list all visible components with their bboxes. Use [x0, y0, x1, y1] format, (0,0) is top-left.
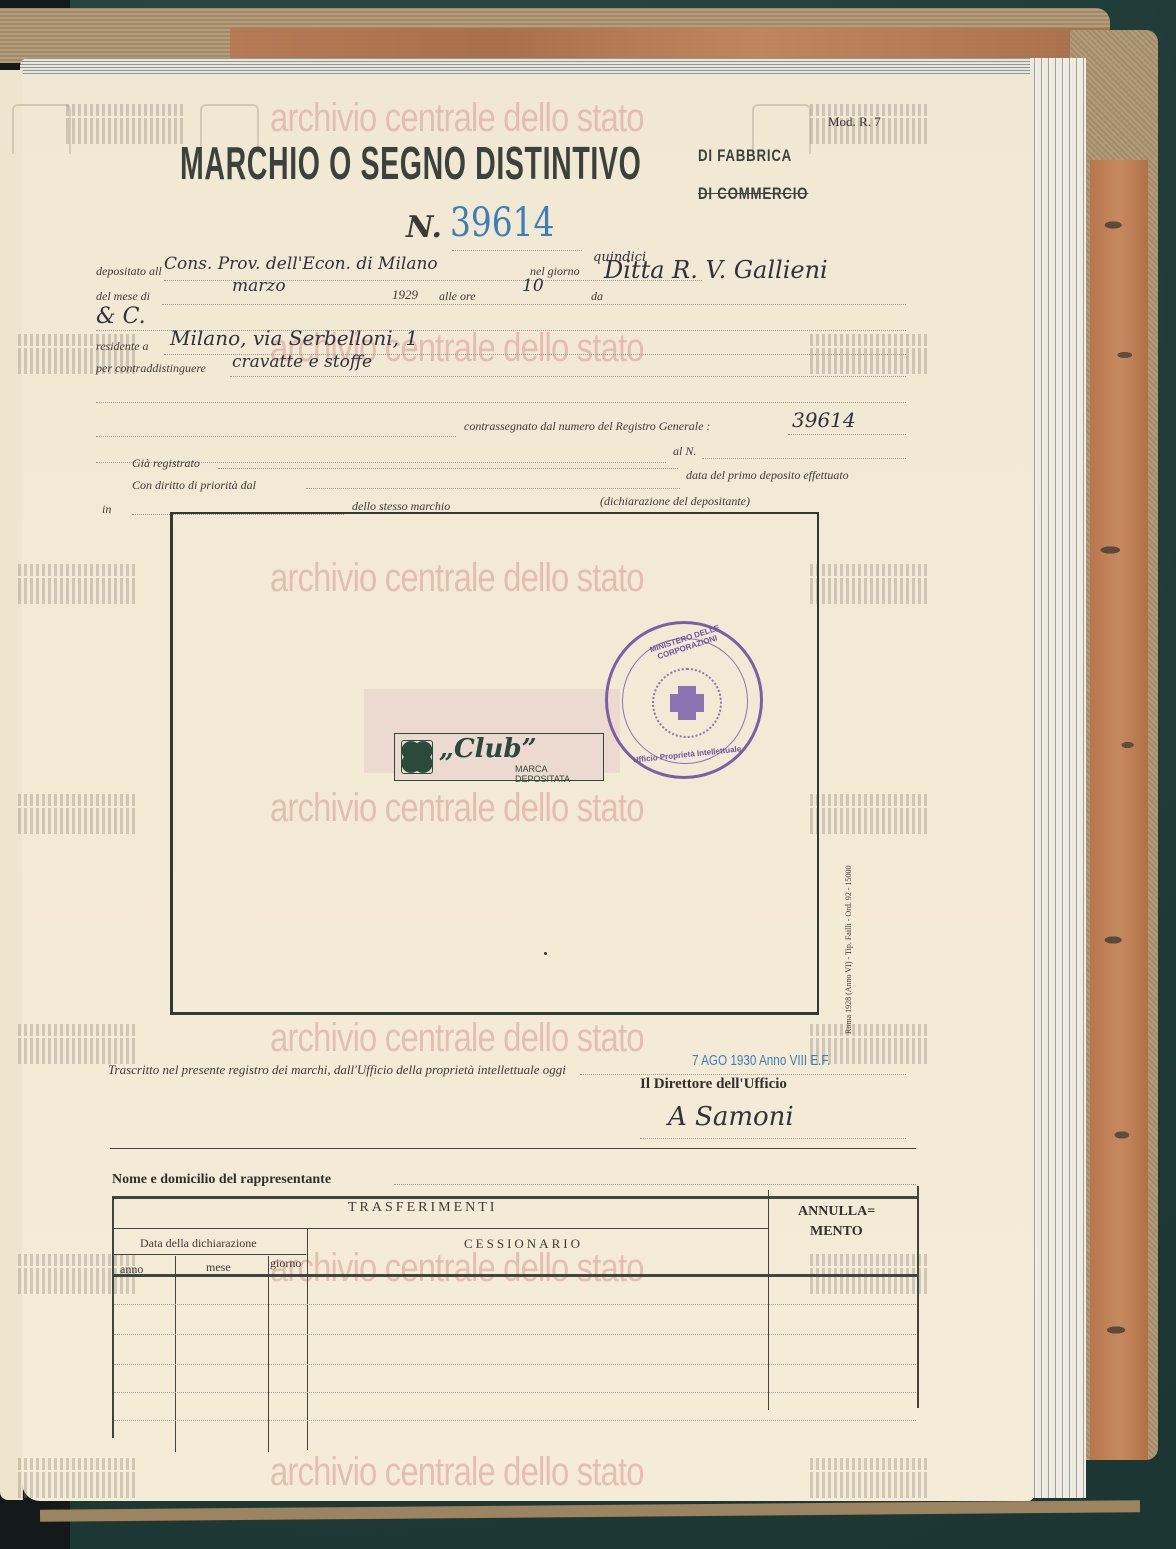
da-label: da [591, 289, 603, 304]
cessionario-divider [307, 1228, 308, 1450]
table-row [114, 1304, 916, 1305]
ink-dot [544, 952, 547, 955]
depositato-label: depositato all [96, 264, 162, 279]
transfers-title: TRASFERIMENTI [348, 1200, 497, 1216]
dotted-line [702, 458, 906, 459]
watermark-logo-icon [18, 794, 138, 834]
model-number: Mod. R. 7 [828, 114, 881, 130]
dotted-line [788, 434, 906, 435]
watermark-text: archivio centrale dello stato [270, 1016, 644, 1061]
director-signature: A Samoni [668, 1102, 794, 1132]
registro-generale-value: 39614 [792, 408, 856, 432]
type-option-fabbrica: DI FABBRICA [698, 146, 792, 166]
gia-registrato-label: Già registrato [132, 456, 200, 471]
four-leaf-clover-icon [401, 740, 433, 774]
registro-generale-label: contrassegnato dal numero del Registro G… [464, 419, 710, 434]
watermark-logo-icon [18, 564, 138, 604]
dotted-line [96, 436, 456, 437]
annullamento-divider [768, 1190, 769, 1410]
ore-value: 10 [522, 276, 544, 296]
residente-label: residente a [96, 339, 149, 354]
ministry-seal-stamp: MINISTERO DELLE CORPORAZIONI Ufficio Pro… [605, 621, 763, 779]
dotted-line [394, 1184, 916, 1185]
table-row [114, 1420, 916, 1421]
watermark-logo-icon [810, 564, 930, 604]
watermark-text: archivio centrale dello stato [270, 96, 644, 141]
da-value: Ditta R. V. Gallieni [604, 256, 828, 284]
register-page: archivio centrale dello stato archivio c… [22, 74, 1034, 1501]
watermark-text: archivio centrale dello stato [270, 1246, 644, 1291]
representative-label: Nome e domicilio del rappresentante [112, 1172, 331, 1188]
table-row [114, 1364, 916, 1365]
header-subrule [114, 1228, 768, 1229]
residente-value: Milano, via Serbelloni, 1 [170, 326, 418, 350]
dotted-line [306, 488, 680, 489]
transcription-label: Trascritto nel presente registro dei mar… [108, 1062, 566, 1078]
marbled-board-right [1090, 160, 1148, 1460]
date-subrule [114, 1254, 306, 1255]
cross-icon [670, 694, 704, 712]
number-prefix: N. [406, 210, 442, 245]
table-top-border [112, 1196, 918, 1199]
header-bottom-border [112, 1274, 918, 1277]
watermark-logo-icon [810, 1458, 930, 1498]
dotted-line [580, 1074, 906, 1075]
column-divider [175, 1256, 176, 1452]
column-giorno: giorno [270, 1256, 301, 1271]
director-label: Il Direttore dell'Ufficio [640, 1076, 787, 1093]
column-divider [268, 1256, 269, 1452]
annullamento-header-l1: ANNULLA= [798, 1204, 875, 1220]
dichiarazione-label: (dichiarazione del depositante) [600, 494, 750, 509]
watermark-logo-icon [12, 104, 71, 154]
annullamento-header-l2: MENTO [810, 1224, 863, 1240]
watermark-logo-icon [66, 104, 186, 144]
brand-subtitle: MARCA DEPOSITATA [515, 764, 603, 784]
column-mese: mese [206, 1260, 231, 1275]
marbled-board-top [230, 28, 1110, 60]
dotted-line [218, 468, 678, 469]
priorita-label: Con diritto di priorità dal [132, 478, 256, 493]
depositato-value: Cons. Prov. dell'Econ. di Milano [164, 254, 438, 274]
table-left-border [112, 1196, 114, 1438]
primo-deposito-label: data del primo deposito effettuato [686, 468, 849, 483]
savoy-cross-emblem-icon [652, 668, 722, 738]
dotted-line [640, 1138, 906, 1139]
table-row [114, 1334, 916, 1335]
mese-label: del mese di [96, 289, 150, 304]
al-n-label: al N. [673, 444, 696, 459]
dotted-line [162, 304, 906, 305]
contraddistinguere-value: cravatte e stoffe [232, 352, 372, 372]
page-edges-right [1030, 58, 1086, 1498]
contraddistinguere-label: per contraddistinguere [96, 361, 206, 376]
date-group-header: Data della dichiarazione [140, 1236, 257, 1251]
table-right-border [917, 1186, 919, 1408]
in-label: in [102, 502, 111, 517]
mese-value: marzo [232, 276, 286, 296]
trademark-specimen: „Club” MARCA DEPOSITATA [394, 733, 604, 781]
dotted-line [230, 376, 906, 377]
transcription-date-stamp: 7 AGO 1930 Anno VIII E.F. [692, 1052, 831, 1069]
ore-label: alle ore [439, 289, 476, 304]
section-divider [110, 1148, 916, 1149]
watermark-logo-icon [810, 794, 930, 834]
watermark-logo-icon [18, 1024, 138, 1064]
page-title: MARCHIO O SEGNO DISTINTIVO [180, 136, 641, 190]
type-option-commercio-struck: DI COMMERCIO [698, 184, 808, 204]
da-value-continued: & C. [96, 304, 146, 329]
watermark-text: archivio centrale dello stato [270, 1450, 644, 1495]
brand-word: „Club” [439, 734, 537, 764]
cessionario-header: CESSIONARIO [464, 1236, 583, 1252]
number-underline [452, 250, 582, 251]
printer-note: Roma 1928 (Anno VI) - Tip. Failli - Ord.… [844, 865, 853, 1034]
trademark-number: 39614 [450, 200, 554, 246]
anno-value: 1929 [392, 287, 418, 303]
table-row [114, 1392, 916, 1393]
watermark-logo-icon [18, 1458, 138, 1498]
dotted-line [96, 402, 906, 403]
